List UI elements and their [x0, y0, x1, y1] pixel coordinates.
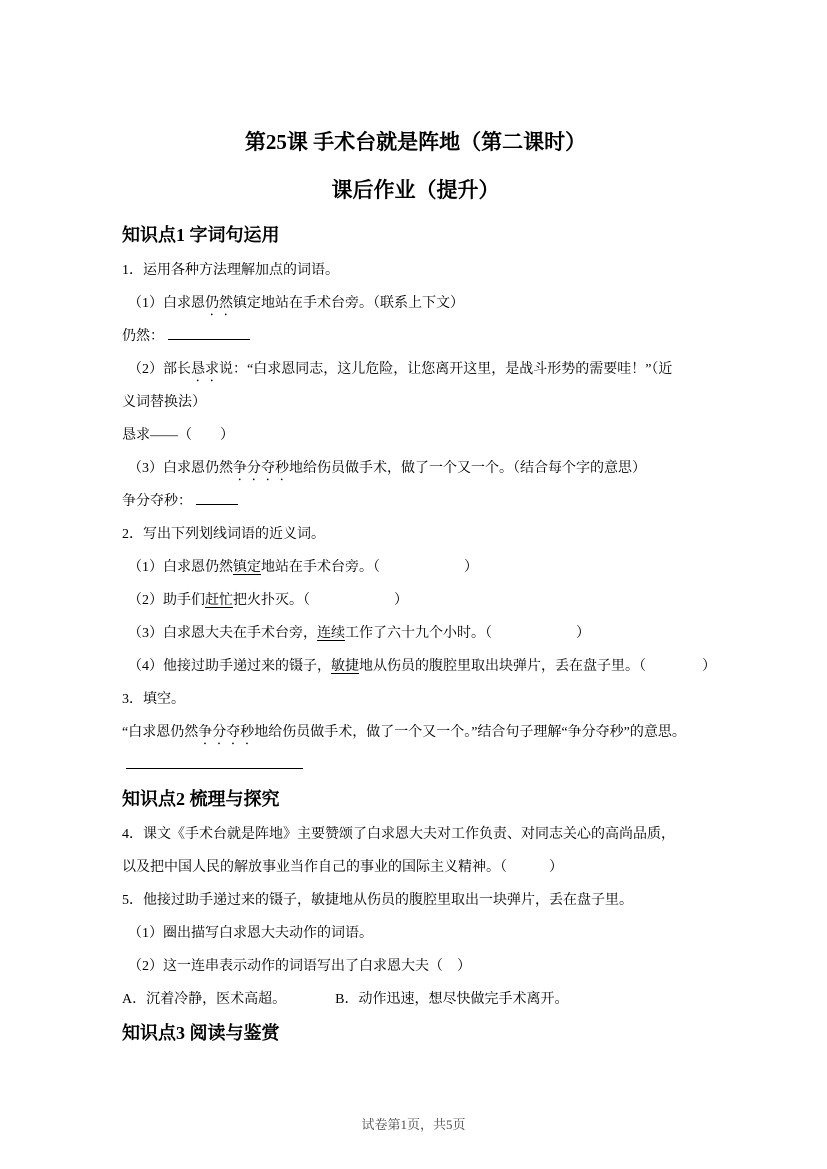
text-segment: 仍然： [122, 329, 164, 344]
worksheet-title: 第25课 手术台就是阵地（第二课时） [122, 128, 709, 156]
text-segment: 赶忙 [205, 593, 233, 608]
document-line: 2．写出下列划线词语的近义词。 [122, 518, 709, 551]
document-line: “白求恩仍然争分夺秒地给伤员做手术，做了一个又一个。”结合句子理解“争分夺秒”的… [122, 716, 709, 749]
document-line: 争分夺秒： [122, 485, 709, 518]
text-segment: 地给伤员做手术，做了一个又一个。（结合每个字的意思） [289, 461, 646, 476]
text-segment: 说：“白求恩同志，这儿危险，让您离开这里，是战斗形势的需要哇！”（近 [219, 362, 672, 377]
text-segment: （2）这一连串表示动作的词语写出了白求恩大夫（ ） [128, 959, 471, 974]
document-line: （2）助手们赶忙把火扑灭。（ ） [122, 584, 709, 617]
document-line: （4）他接过助手递过来的镊子，敏捷地从伤员的腹腔里取出块弹片，丢在盘子里。（ ） [122, 650, 709, 683]
text-segment: （1）白求恩 [128, 296, 205, 311]
document-line: 1．运用各种方法理解加点的词语。 [122, 254, 709, 287]
text-segment: （3）白求恩仍然 [128, 461, 233, 476]
text-segment: 3．填空。 [122, 692, 185, 707]
text-segment: 争分夺秒 [198, 725, 254, 740]
document-line [122, 749, 709, 782]
text-segment: A．沉着冷静，医术高超。 B．动作迅速，想尽快做完手术离开。 [122, 992, 568, 1007]
section-heading: 知识点2 梳理与探究 [122, 786, 709, 812]
document-line: 以及把中国人民的解放事业当作自己的事业的国际主义精神。（ ） [122, 851, 709, 884]
document-line: 仍然： [122, 320, 709, 353]
document-line: 5．他接过助手递过来的镊子，敏捷地从伤员的腹腔里取出一块弹片，丢在盘子里。 [122, 884, 709, 917]
page-footer: 试卷第1页，共5页 [0, 1114, 827, 1133]
text-segment: 义词替换法） [122, 395, 206, 410]
text-segment: 连续 [317, 626, 345, 641]
text-segment: “白求恩仍然 [122, 725, 198, 740]
text-segment: 把火扑灭。（ ） [233, 593, 408, 608]
text-segment: （2）助手们 [128, 593, 205, 608]
text-segment: （4）他接过助手递过来的镊子， [128, 659, 331, 674]
text-segment: 仍然 [205, 296, 233, 311]
document-line: 3．填空。 [122, 683, 709, 716]
fill-in-blank [126, 753, 303, 769]
document-line: 4．课文《手术台就是阵地》主要赞颂了白求恩大夫对工作负责、对同志关心的高尚品质， [122, 818, 709, 851]
text-segment: 敏捷 [331, 659, 359, 674]
text-segment: 恳求——（ ） [122, 428, 234, 443]
document-line: （1）白求恩仍然镇定地站在手术台旁。（ ） [122, 551, 709, 584]
section-heading: 知识点1 字词句运用 [122, 222, 709, 248]
text-segment: 地给伤员做手术，做了一个又一个。”结合句子理解“争分夺秒”的意思。 [254, 725, 686, 740]
text-segment: 争分夺秒 [233, 461, 289, 476]
document-line: （3）白求恩仍然争分夺秒地给伤员做手术，做了一个又一个。（结合每个字的意思） [122, 452, 709, 485]
document-line: （3）白求恩大夫在手术台旁，连续工作了六十九个小时。（ ） [122, 617, 709, 650]
text-segment: 以及把中国人民的解放事业当作自己的事业的国际主义精神。（ ） [122, 860, 563, 875]
text-segment: 1．运用各种方法理解加点的词语。 [122, 263, 339, 278]
fill-in-blank [196, 489, 238, 505]
text-segment: 争分夺秒： [122, 494, 192, 509]
document-line: 恳求——（ ） [122, 419, 709, 452]
text-segment: 地站在手术台旁。（ ） [261, 560, 478, 575]
text-segment: （1）白求恩仍然 [128, 560, 233, 575]
text-segment: （1）圈出描写白求恩大夫动作的词语。 [128, 926, 373, 941]
document-line: （1）圈出描写白求恩大夫动作的词语。 [122, 917, 709, 950]
text-segment: 恳求 [191, 362, 219, 377]
document-line: 义词替换法） [122, 386, 709, 419]
worksheet-body: 知识点1 字词句运用1．运用各种方法理解加点的词语。（1）白求恩仍然镇定地站在手… [122, 222, 709, 1046]
text-segment: 镇定地站在手术台旁。（联系上下文） [233, 296, 464, 311]
text-segment: （3）白求恩大夫在手术台旁， [128, 626, 317, 641]
document-line: （2）部长恳求说：“白求恩同志，这儿危险，让您离开这里，是战斗形势的需要哇！”（… [122, 353, 709, 386]
text-segment: 5．他接过助手递过来的镊子，敏捷地从伤员的腹腔里取出一块弹片，丢在盘子里。 [122, 893, 633, 908]
document-line: （1）白求恩仍然镇定地站在手术台旁。（联系上下文） [122, 287, 709, 320]
section-heading: 知识点3 阅读与鉴赏 [122, 1020, 709, 1046]
text-segment: 4．课文《手术台就是阵地》主要赞颂了白求恩大夫对工作负责、对同志关心的高尚品质， [122, 827, 675, 842]
fill-in-blank [168, 324, 250, 340]
document-line: A．沉着冷静，医术高超。 B．动作迅速，想尽快做完手术离开。 [122, 983, 709, 1016]
text-segment: 地从伤员的腹腔里取出块弹片，丢在盘子里。（ ） [359, 659, 716, 674]
text-segment: 工作了六十九个小时。（ ） [345, 626, 590, 641]
document-line: （2）这一连串表示动作的词语写出了白求恩大夫（ ） [122, 950, 709, 983]
text-segment: 2．写出下列划线词语的近义词。 [122, 527, 325, 542]
worksheet-page: 第25课 手术台就是阵地（第二课时） 课后作业（提升） 知识点1 字词句运用1．… [0, 0, 827, 1169]
text-segment: （2）部长 [128, 362, 191, 377]
text-segment: 镇定 [233, 560, 261, 575]
worksheet-subtitle: 课后作业（提升） [122, 176, 709, 204]
